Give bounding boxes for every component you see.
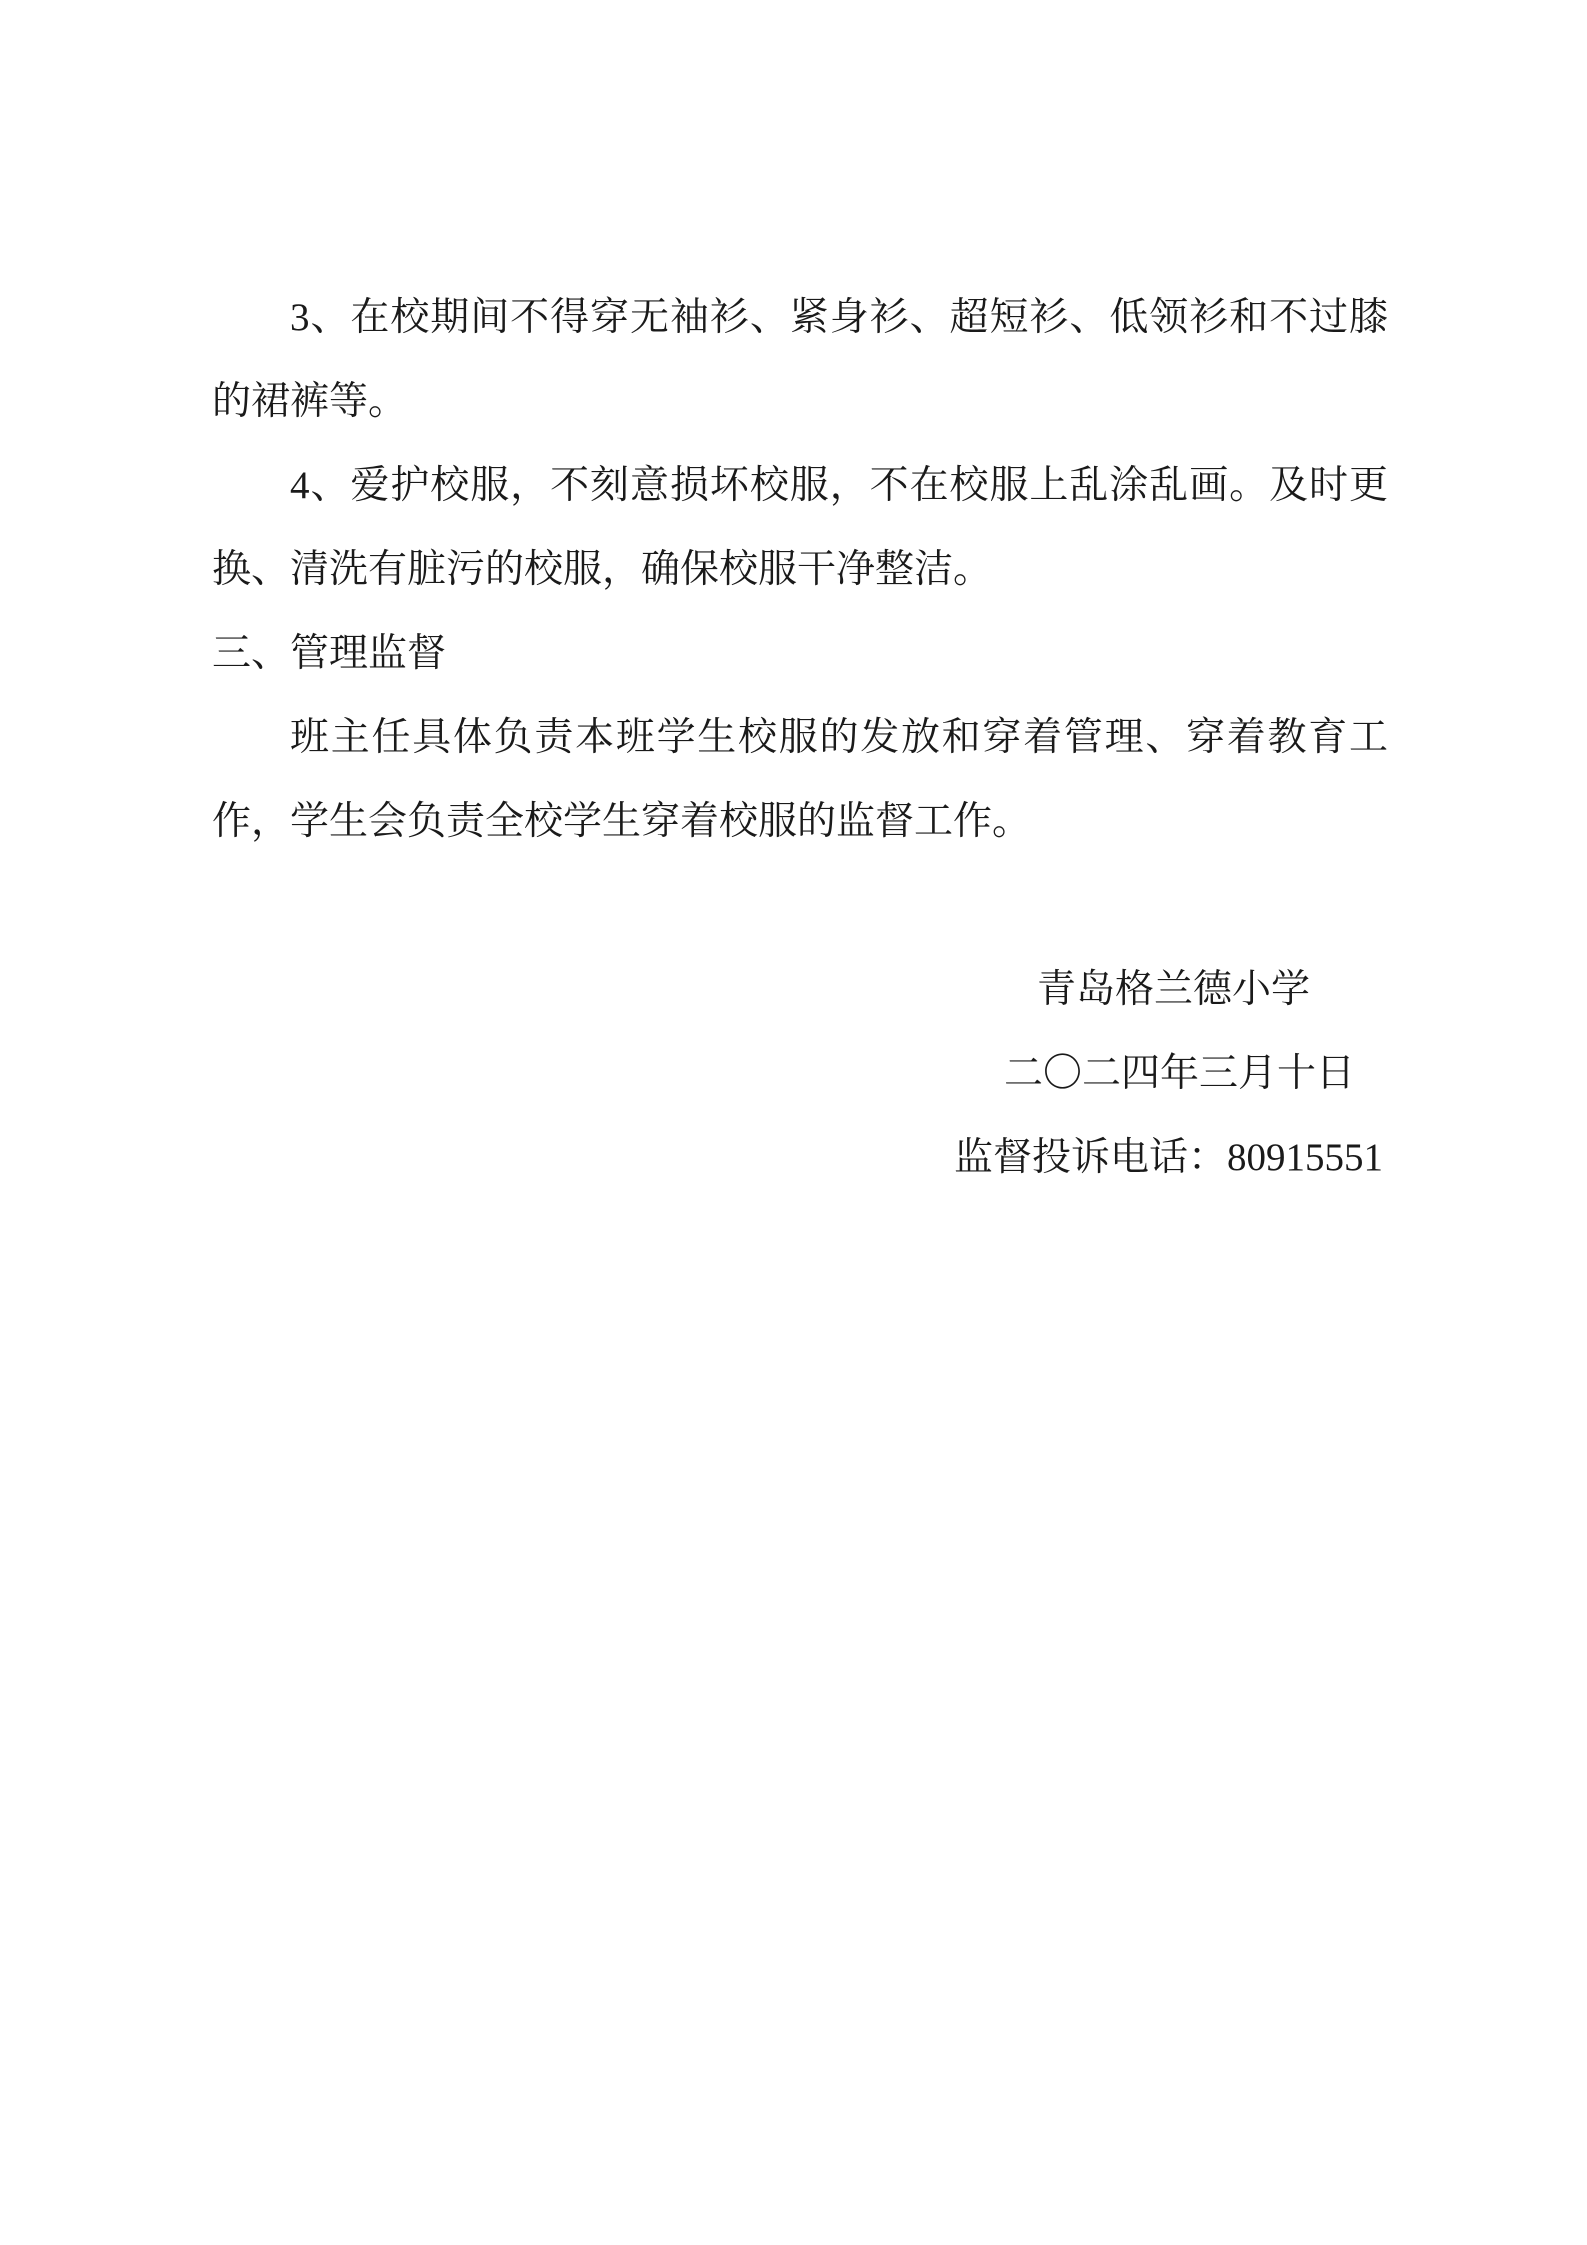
document-body: 3、在校期间不得穿无袖衫、紧身衫、超短衫、低领衫和不过膝 的裙裤等。 4、爱护校… — [212, 276, 1388, 1200]
rule-4-line-2: 换、清洗有脏污的校服，确保校服干净整洁。 — [212, 528, 1388, 612]
rule-3-line-1: 3、在校期间不得穿无袖衫、紧身衫、超短衫、低领衫和不过膝 — [212, 276, 1388, 360]
signature-complaint-hotline: 监督投诉电话：80915551 — [212, 1116, 1388, 1200]
document-page: 3、在校期间不得穿无袖衫、紧身衫、超短衫、低领衫和不过膝 的裙裤等。 4、爱护校… — [0, 0, 1587, 2245]
supervision-paragraph-line-2: 作，学生会负责全校学生穿着校服的监督工作。 — [212, 780, 1388, 864]
signature-school-name: 青岛格兰德小学 — [212, 948, 1388, 1032]
supervision-paragraph-line-1: 班主任具体负责本班学生校服的发放和穿着管理、穿着教育工 — [212, 696, 1388, 780]
rule-3-line-2: 的裙裤等。 — [212, 360, 1388, 444]
rule-4-line-1: 4、爱护校服，不刻意损坏校服，不在校服上乱涂乱画。及时更 — [212, 444, 1388, 528]
section-heading-management-supervision: 三、管理监督 — [212, 612, 1388, 696]
signature-date: 二〇二四年三月十日 — [212, 1032, 1388, 1116]
blank-spacer-line — [212, 864, 1388, 948]
